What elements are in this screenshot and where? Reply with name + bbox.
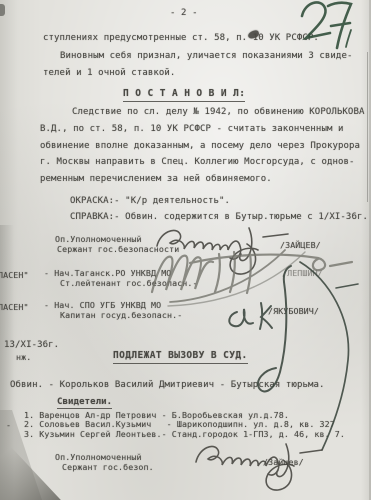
- soglasen2-title-line2: Капитан госуд.безопасн.-: [60, 310, 182, 320]
- okraska-line: ОКРАСКА:- "К/р деятельность".: [70, 196, 230, 206]
- intro-line-2: Виновным себя признал, уличается показан…: [60, 51, 352, 61]
- sig1-title-line2: Сержант гос.безопасности: [57, 244, 179, 254]
- intro-line-3: телей и 1 очной ставкой.: [43, 68, 175, 78]
- resolution-line-4: г. Москвы направить в Спец. Коллегию Мос…: [40, 157, 355, 167]
- resolution-heading: П О С Т А Н О В И Л:: [123, 89, 245, 102]
- witness-row: 2. Соловьев Васил.Кузьмич - Шарикоподшип…: [24, 419, 335, 429]
- soglasen2-margin-word: ЛАСЕН": [0, 302, 29, 312]
- paper-edge-mark: [0, 4, 5, 16]
- soglasen1-typed-name: /ЛЕПШИН/: [282, 268, 323, 278]
- witness-row: 3. Кузьмин Сергей Леонтьев.- Станд.город…: [24, 429, 345, 439]
- document-page: - 2 - ступлениях предусмотренные ст. 58,…: [0, 0, 371, 500]
- soglasen2-title-line1: - Нач. СПО УГБ УНКВД МО: [44, 300, 161, 310]
- signature-zaitsev-bottom: [196, 444, 322, 490]
- page-number: - 2 -: [170, 8, 198, 18]
- accused-line: Обвин. - Корольков Василий Дмитриевич - …: [10, 380, 325, 390]
- soglasen1-title-line1: - Нач.Таганск.РО УНКВД МО: [44, 268, 171, 278]
- date-line: 13/XI-36г.: [4, 340, 59, 350]
- spravka-line: СПРАВКА:- Обвин. содержится в Бутыр.тюрь…: [70, 212, 368, 222]
- court-heading: ПОДЛЕЖАТ ВЫЗОВУ В СУД.: [113, 351, 248, 364]
- resolution-line-2: В.Д., по ст. 58, п. 10 УК РСФСР - считат…: [40, 124, 344, 134]
- soglasen1-margin-word: ЛАСЕН": [0, 270, 29, 280]
- soglasen1-title-line2: Ст.лейтенант гос.безопасн.-: [60, 278, 198, 288]
- paper-right-edge-line: [367, 52, 369, 202]
- resolution-line-3: обвинение вполне доказанным, а посему де…: [40, 141, 360, 151]
- resolution-line-5: ременным перечислением за ней обвиняемог…: [40, 174, 272, 184]
- sig1-typed-name: /ЗАЙЦЕВ/: [280, 240, 321, 250]
- soglasen2-typed-name: /ЯКУБОВИЧ/: [268, 306, 319, 316]
- sig1-title-line1: Оп.Уполномоченный: [55, 234, 142, 244]
- sig-bottom-title-line1: Оп.Уполномоченный: [55, 452, 142, 462]
- witnesses-heading: Свидетели.: [57, 397, 112, 409]
- typist-initials: нж.: [16, 352, 31, 362]
- witness-margin-dash: -: [6, 420, 11, 430]
- sig-bottom-typed-name: /Зайцев/: [263, 457, 304, 467]
- sig-bottom-title-line2: Сержант гос.безоп.: [62, 462, 154, 472]
- intro-line-1: ступлениях предусмотренные ст. 58, п. 10…: [43, 33, 319, 43]
- resolution-line-1: Следствие по сл. делу № 1942, по обвинен…: [72, 107, 364, 117]
